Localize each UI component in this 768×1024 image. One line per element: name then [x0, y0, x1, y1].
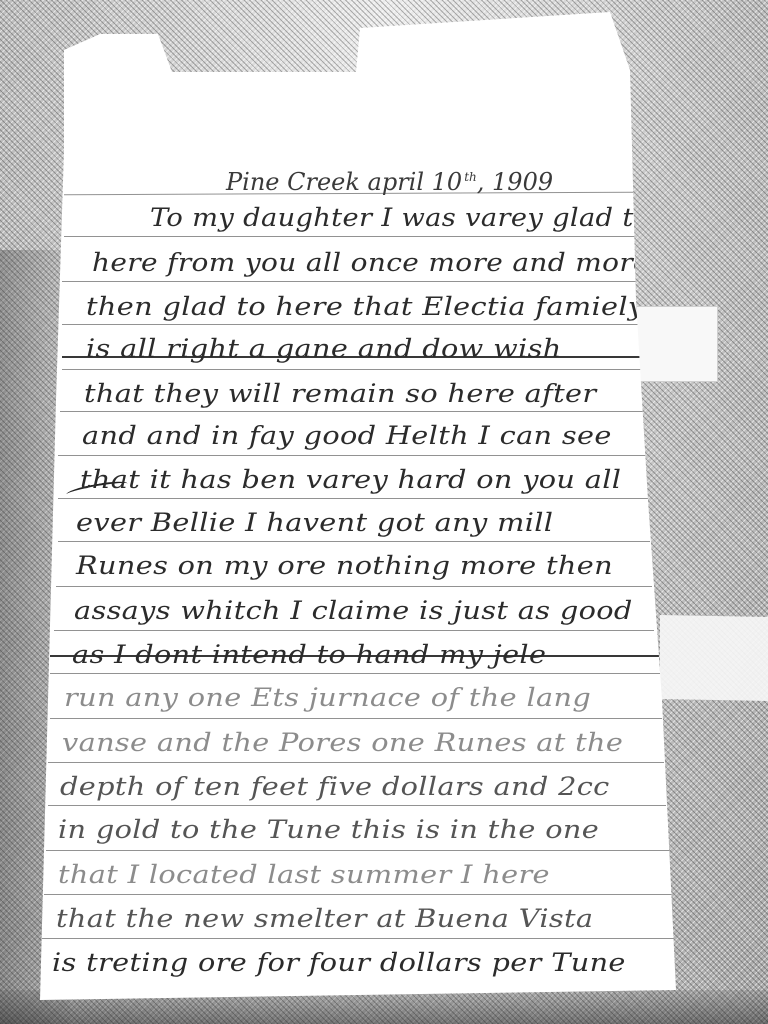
ruled-line [62, 281, 640, 282]
letter-line: as I dont intend to hand my jele [72, 640, 546, 669]
ruled-line [50, 718, 662, 719]
ruled-line [50, 673, 660, 674]
ruled-line [46, 850, 670, 851]
ruled-line [48, 805, 666, 806]
background-light-band [660, 615, 768, 701]
ruled-line [62, 369, 642, 370]
letter-place-date: Pine Creek april 10th, 1909 [226, 168, 553, 196]
ruled-line [48, 762, 664, 763]
year-text: , 1909 [477, 168, 553, 196]
ruled-line [58, 455, 646, 456]
letter-line: assays whitch I claime is just as good [74, 596, 633, 625]
letter-line: depth of ten feet five dollars and 2cc [60, 772, 610, 801]
ruled-line [58, 541, 650, 542]
ruled-line [56, 586, 652, 587]
letter-line: that it has ben varey hard on you all [80, 465, 621, 494]
place-date-text: Pine Creek april 10 [226, 168, 462, 196]
letter-line: is all right a gane and dow wish [86, 334, 562, 363]
ruled-line [60, 411, 644, 412]
letter-line: then glad to here that Electia famiely [86, 292, 644, 321]
ruled-line [64, 236, 638, 237]
letter-line: that I located last summer I here [58, 860, 550, 889]
ruled-line [62, 324, 640, 325]
letter-line: that the new smelter at Buena Vista [56, 904, 593, 933]
ruled-line [54, 630, 654, 631]
paper-top-edge [360, 0, 632, 14]
letter-line: Runes on my ore nothing more then [76, 551, 613, 580]
letter-page: Pine Creek april 10th, 1909 To my daught… [0, 0, 768, 1024]
ruled-line [42, 938, 674, 939]
date-suffix: th [464, 170, 477, 184]
letter-line: and and in fay good Helth I can see [82, 421, 612, 450]
letter-line: run any one Ets jurnace of the lang [64, 683, 591, 712]
letter-line: vanse and the Pores one Runes at the [62, 728, 623, 757]
letter-line: in gold to the Tune this is in the one [58, 815, 599, 844]
letter-line: here from you all once more and more [92, 248, 650, 277]
envelope-tab [636, 306, 718, 382]
ruled-line [44, 894, 672, 895]
ruled-line [58, 498, 648, 499]
letter-line: that they will remain so here after [84, 379, 597, 408]
letter-line: ever Bellie I havent got any mill [76, 508, 553, 537]
letter-line: To my daughter I was varey glad to [150, 203, 650, 232]
letter-line: is treting ore for four dollars per Tune [52, 948, 626, 977]
